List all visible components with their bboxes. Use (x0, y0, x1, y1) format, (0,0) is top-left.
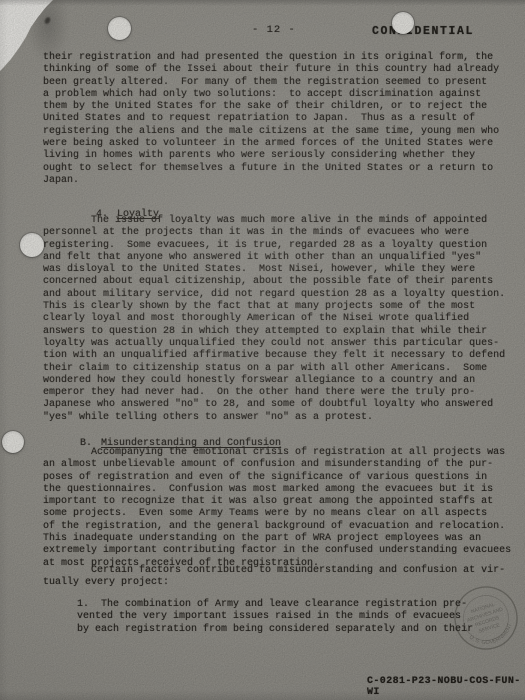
paragraph-loyalty: The issue of loyalty was much more alive… (43, 215, 505, 424)
hole-punch-left-upper (20, 233, 44, 257)
paragraph-confusion: Accompanying the emotional crisis of reg… (43, 447, 511, 570)
hole-punch-top-left (108, 17, 131, 40)
confidential-stamp: CONFIDENTIAL (372, 25, 474, 38)
numbered-list-item-1: 1. The combination of Army and leave cle… (77, 599, 473, 636)
paragraph-factors-intro: Certain factors contributed to misunders… (43, 565, 505, 590)
hole-punch-left-lower (2, 431, 24, 453)
crease-mark (44, 16, 52, 25)
scanned-document-page: - 12 - CONFIDENTIAL their registration a… (0, 0, 525, 700)
hole-punch-top-right (392, 12, 414, 34)
document-code: C-0281-P23-NOBU-COS-FUN-WI (367, 676, 525, 698)
page-number: - 12 - (252, 24, 296, 36)
paragraph-continuation: their registration and had presented the… (43, 52, 499, 187)
